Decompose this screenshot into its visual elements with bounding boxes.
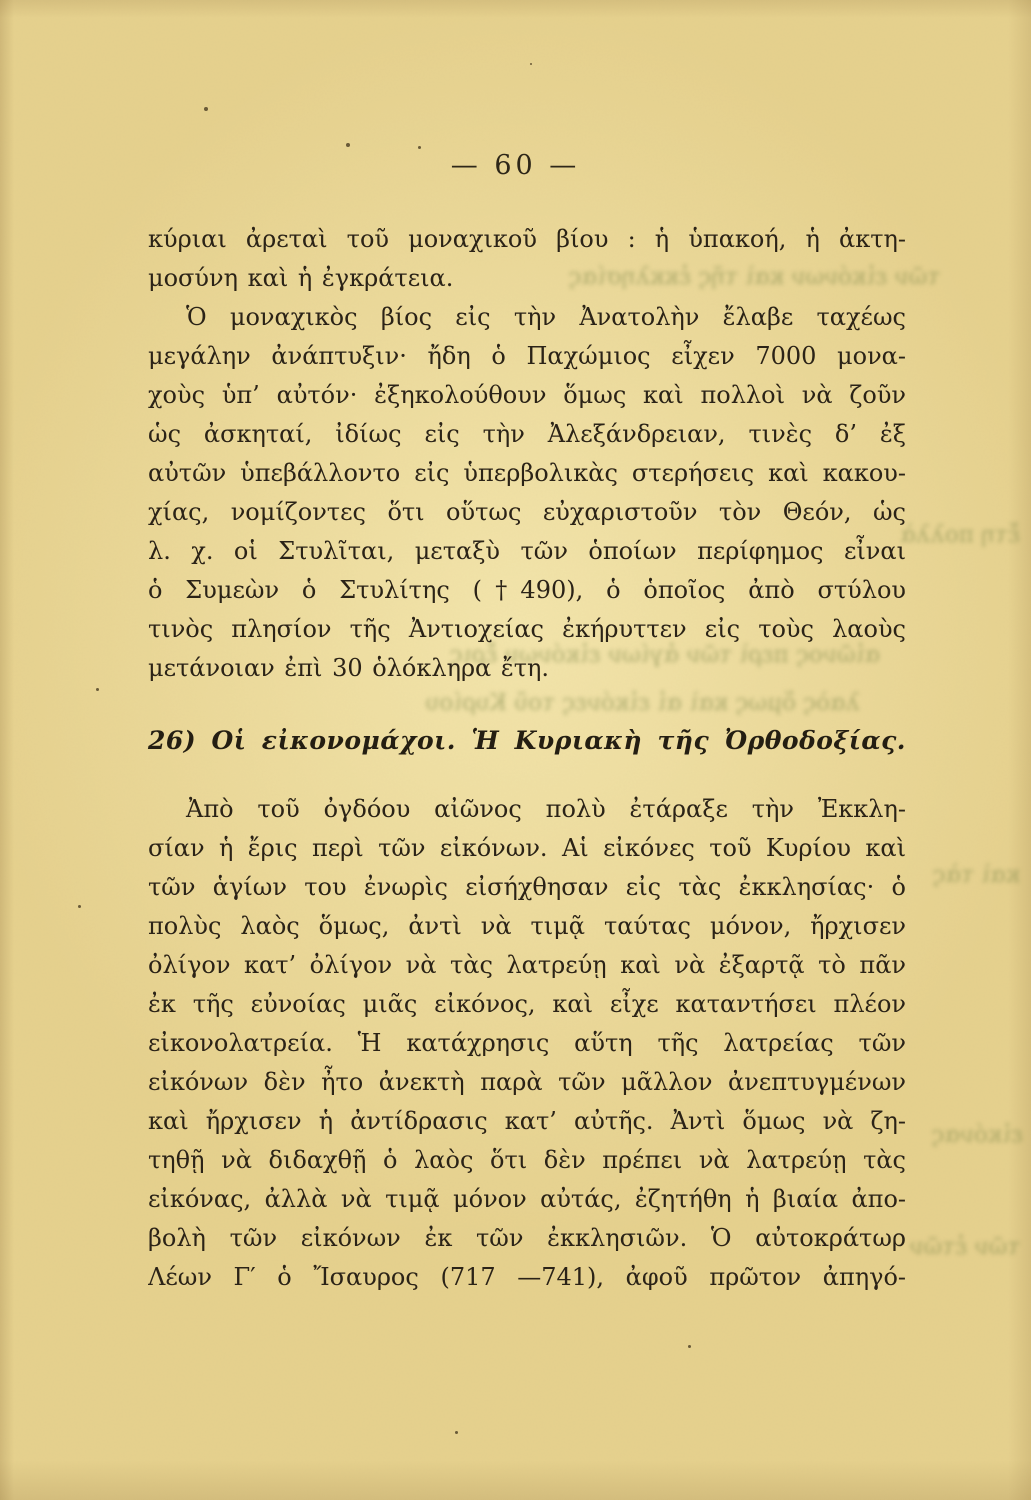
text-line: χοὺς ὑπ’ αὐτόν· ἐξηκολούθουν ὅμως καὶ πο… [148, 376, 906, 415]
text-line: σίαν ἡ ἔρις περὶ τῶν εἰκόνων. Αἱ εἰκόνες… [148, 829, 906, 868]
paper-speck [530, 63, 532, 65]
text-line: ὀλίγον κατ’ ὀλίγον νὰ τὰς λατρεύῃ καὶ νὰ… [148, 946, 906, 985]
paper-speck [455, 1431, 458, 1434]
text-line: κύριαι ἀρεταὶ τοῦ μοναχικοῦ βίου : ἡ ὑπα… [148, 220, 906, 259]
text-line: Λέων Γ′ ὁ Ἴσαυρος (717 —741), ἀφοῦ πρῶτο… [148, 1258, 906, 1297]
bleedthrough-text: καὶ τὰς [905, 860, 1020, 890]
text-line: λ. χ. οἱ Στυλῖται, μεταξὺ τῶν ὁποίων περ… [148, 532, 906, 571]
text-line: ὡς ἀσκηταί, ἰδίως εἰς τὴν Ἀλεξάνδρειαν, … [148, 415, 906, 454]
text-line: μοσύνη καὶ ἡ ἐγκράτεια. [148, 259, 906, 298]
text-line: καὶ ἤρχισεν ἡ ἀντίδρασις κατ’ αὐτῆς. Ἀντ… [148, 1102, 906, 1141]
text-line: τῶν ἁγίων του ἐνωρὶς εἰσήχθησαν εἰς τὰς … [148, 868, 906, 907]
paper-speck [78, 905, 81, 908]
paragraph-2: Ὁ μοναχικὸς βίος εἰς τὴν Ἀνατολὴν ἔλαβε … [148, 298, 906, 688]
paper-speck [688, 1345, 691, 1348]
paper-speck [96, 688, 99, 691]
section-heading: 26) Οἱ εἰκονομάχοι. Ἡ Κυριακὴ τῆς Ὀρθοδο… [148, 721, 906, 761]
text-line: Ὁ μοναχικὸς βίος εἰς τὴν Ἀνατολὴν ἔλαβε … [148, 298, 906, 337]
paper-speck [418, 146, 421, 149]
bleedthrough-text: εἰκόνας [898, 1120, 1023, 1150]
text-line: μεγάλην ἀνάπτυξιν· ἤδη ὁ Παχώμιος εἶχεν … [148, 337, 906, 376]
paper-speck [204, 107, 208, 111]
text-line: εἰκόνας, ἀλλὰ νὰ τιμᾷ μόνον αὐτάς, ἐζητή… [148, 1180, 906, 1219]
page-number: — 60 — [0, 150, 1031, 181]
text-line: βολὴ τῶν εἰκόνων ἐκ τῶν ἐκκλησιῶν. Ὁ αὐτ… [148, 1219, 906, 1258]
text-line: χίας, νομίζοντες ὅτι οὕτως εὐχαριστοῦν τ… [148, 493, 906, 532]
text-line: εἰκόνων δὲν ἦτο ἀνεκτὴ παρὰ τῶν μᾶλλον ἀ… [148, 1063, 906, 1102]
text-line: ὁ Συμεὼν ὁ Στυλίτης (†490), ὁ ὁποῖος ἀπὸ… [148, 571, 906, 610]
text-line: ἐκ τῆς εὐνοίας μιᾶς εἰκόνος, καὶ εἶχε κα… [148, 985, 906, 1024]
text-block: κύριαι ἀρεταὶ τοῦ μοναχικοῦ βίου : ἡ ὑπα… [148, 220, 906, 1297]
text-line: τηθῇ νὰ διδαχθῇ ὁ λαὸς ὅτι δὲν πρέπει νὰ… [148, 1141, 906, 1180]
text-line: αὐτῶν ὑπεβάλλοντο εἰς ὑπερβολικὰς στερήσ… [148, 454, 906, 493]
book-page-scan: τῶν εἰκόνων καὶ τῆς ἐκκλησίας αἰῶνος περ… [0, 0, 1031, 1500]
text-line: πολὺς λαὸς ὅμως, ἀντὶ νὰ τιμᾷ ταύτας μόν… [148, 907, 906, 946]
paragraph-3: Ἀπὸ τοῦ ὀγδόου αἰῶνος πολὺ ἐτάραξε τὴν Ἐ… [148, 790, 906, 1297]
text-line: μετάνοιαν ἐπὶ 30 ὁλόκληρα ἔτη. [148, 649, 906, 688]
bleedthrough-text: ἔτη πολλὰ [900, 520, 1020, 550]
text-line: τινὸς πλησίον τῆς Ἀντιοχείας ἐκήρυττεν ε… [148, 610, 906, 649]
paper-speck [346, 143, 350, 147]
text-line: εἰκονολατρεία. Ἡ κατάχρησις αὕτη τῆς λατ… [148, 1024, 906, 1063]
paragraph-1: κύριαι ἀρεταὶ τοῦ μοναχικοῦ βίου : ἡ ὑπα… [148, 220, 906, 298]
text-line: Ἀπὸ τοῦ ὀγδόου αἰῶνος πολὺ ἐτάραξε τὴν Ἐ… [148, 790, 906, 829]
